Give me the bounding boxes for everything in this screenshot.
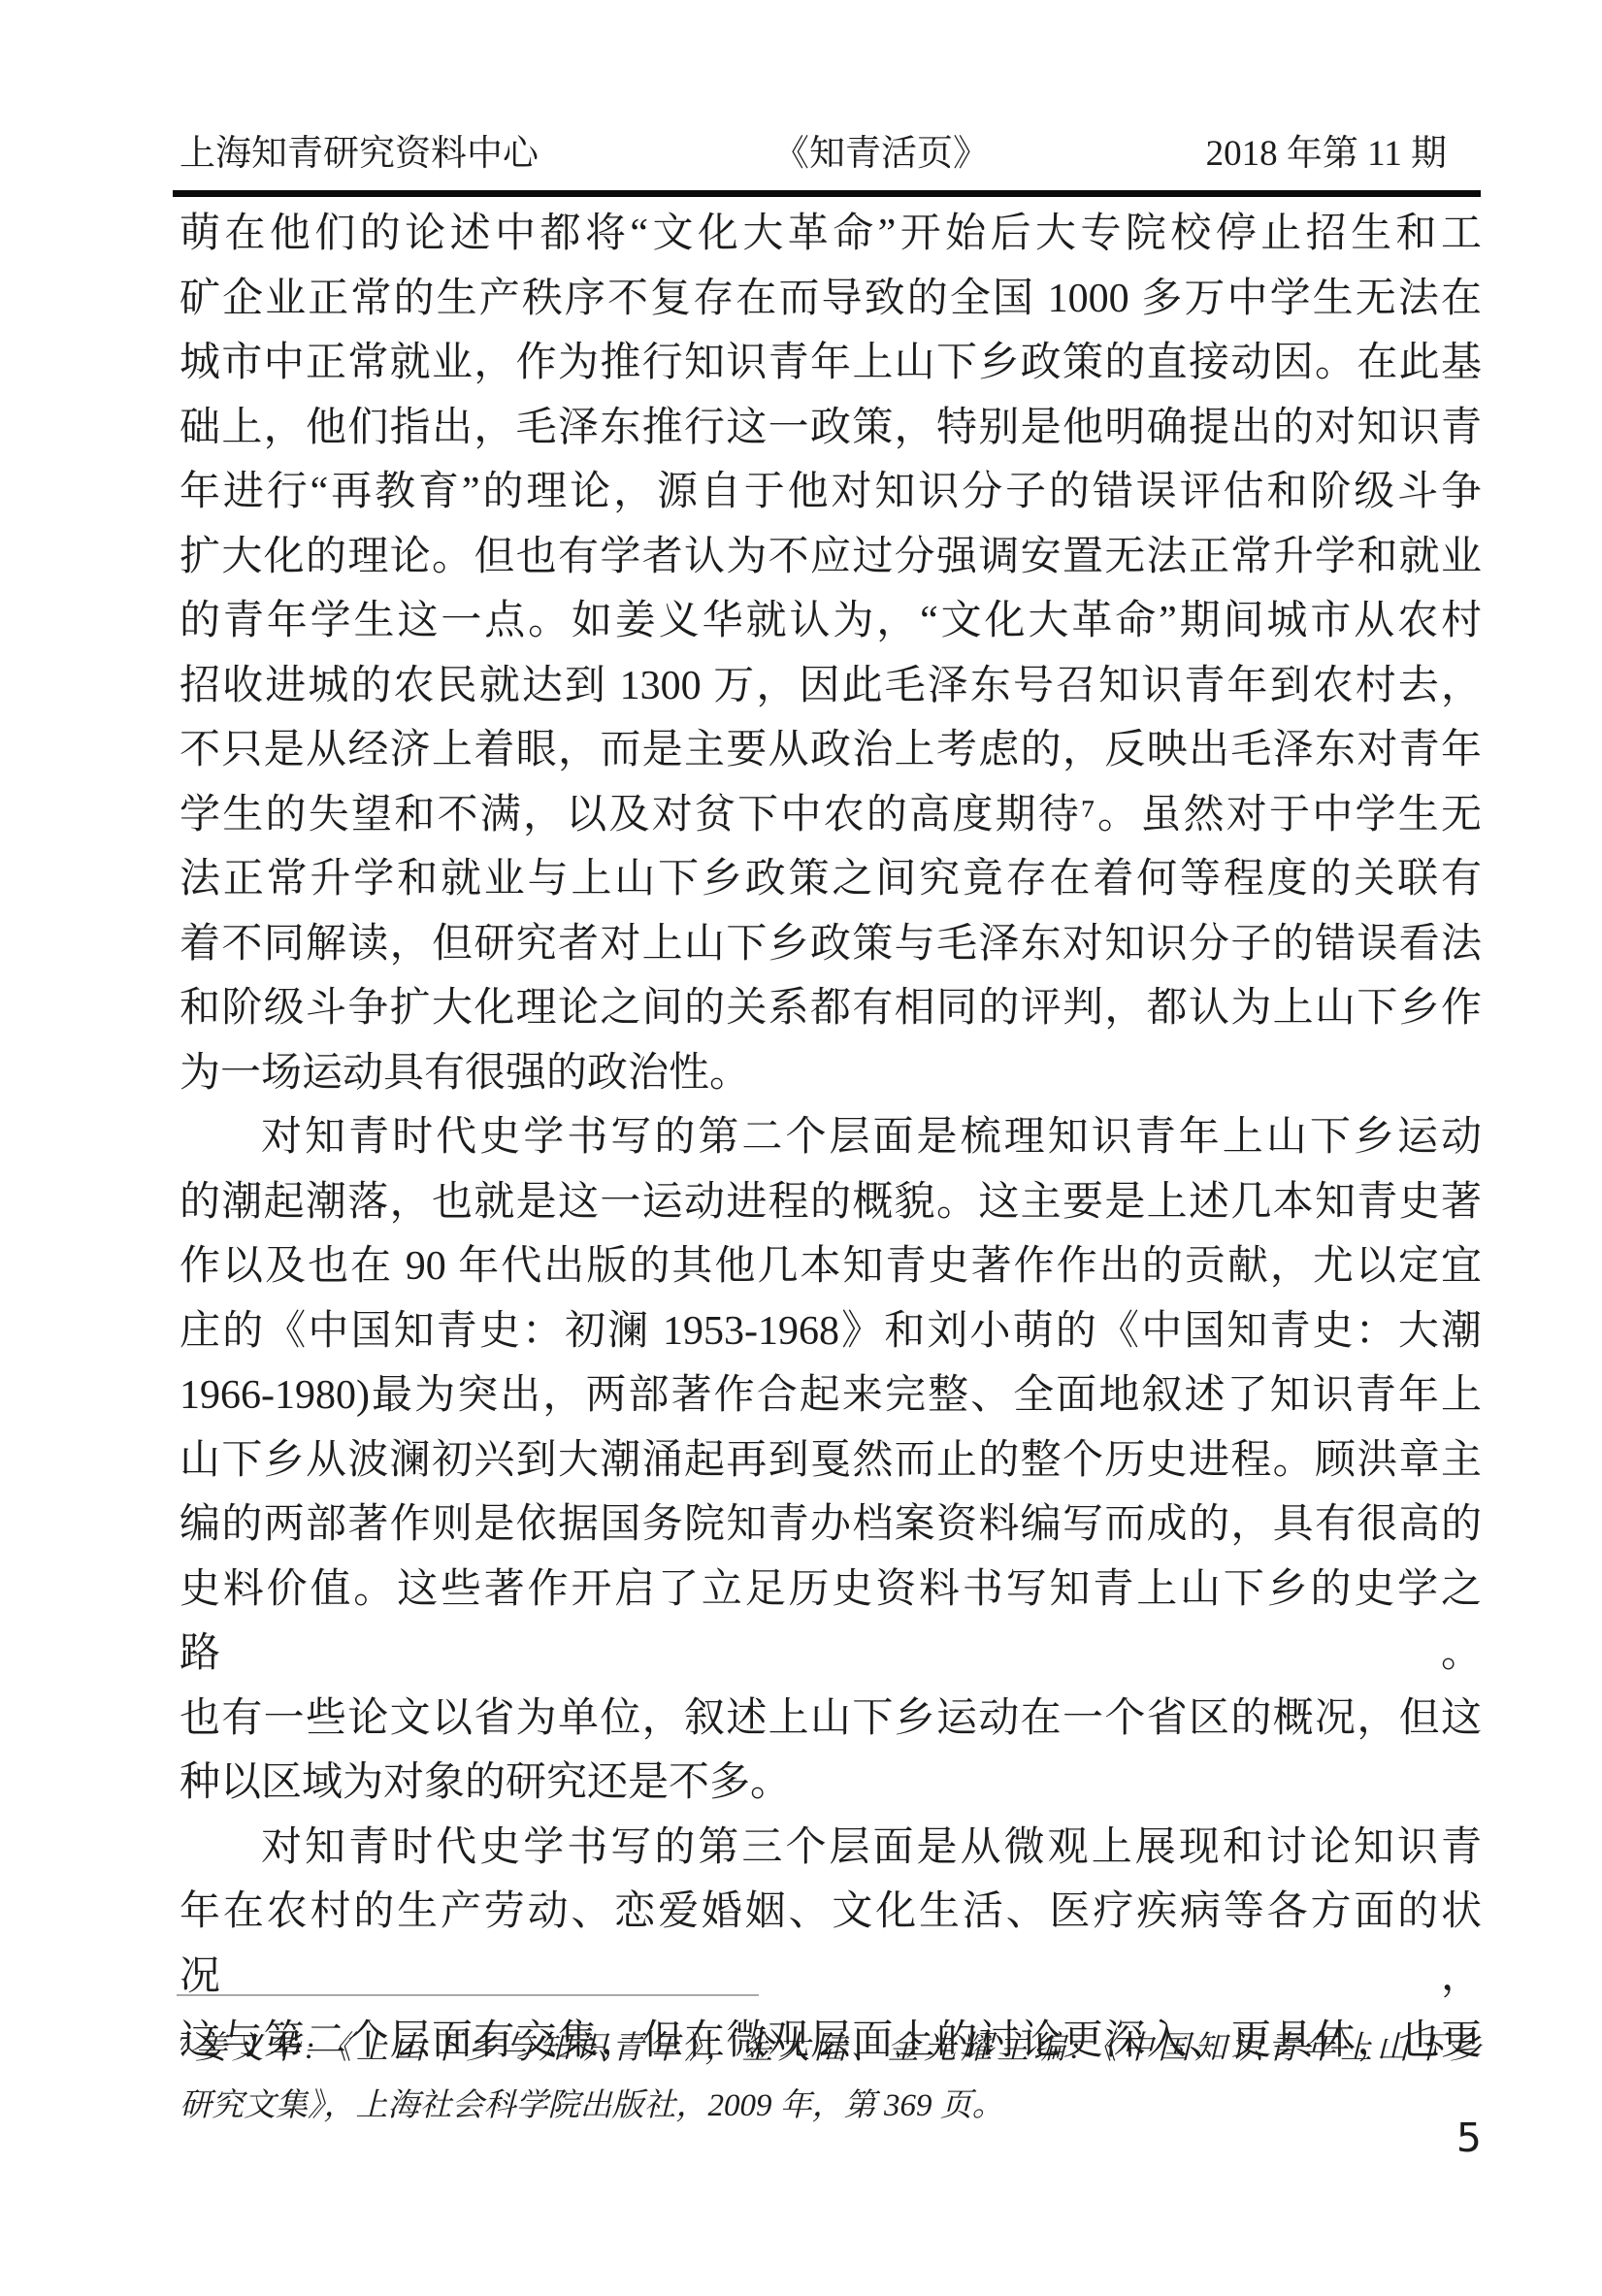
body-line: 为一场运动具有很强的政治性。 [180, 1041, 1482, 1106]
body-line: 作以及也在 90 年代出版的其他几本知青史著作作出的贡献，尤以定宜 [180, 1234, 1482, 1299]
header-journal-title: 《知青活页》 [773, 132, 989, 177]
body-line: 庄的《中国知青史：初澜 1953-1968》和刘小萌的《中国知青史：大潮 [180, 1299, 1482, 1364]
body-line: 着不同解读，但研究者对上山下乡政策与毛泽东对知识分子的错误看法 [180, 912, 1482, 977]
page-number: 5 [1456, 2116, 1482, 2160]
document-page: 上海知青研究资料中心 《知青活页》 2018 年第 11 期 萌在他们的论述中都… [0, 0, 1602, 2296]
body-line: 年在农村的生产劳动、恋爱婚姻、文化生活、医疗疾病等各方面的状况， [180, 1880, 1482, 2009]
body-line: 不只是从经济上着眼，而是主要从政治上考虑的，反映出毛泽东对青年 [180, 718, 1482, 783]
body-line: 种以区域为对象的研究还是不多。 [180, 1751, 1482, 1816]
body-line: 编的两部著作则是依据国务院知青办档案资料编写而成的，具有很高的 [180, 1492, 1482, 1558]
body-line: 矿企业正常的生产秩序不复存在而导致的全国 1000 多万中学生无法在 [180, 267, 1482, 332]
body-line: 和阶级斗争扩大化理论之间的关系都有相同的评判，都认为上山下乡作 [180, 976, 1482, 1041]
footnote-line: 研究文集》，上海社会科学院出版社，2009 年，第 369 页。 [180, 2078, 1482, 2135]
body-line: 山下乡从波澜初兴到大潮涌起再到戛然而止的整个历史进程。顾洪章主 [180, 1428, 1482, 1493]
header-issue-info: 2018 年第 11 期 [1206, 132, 1447, 177]
body-text: 萌在他们的论述中都将“文化大革命”开始后大专院校停止招生和工 矿企业正常的生产秩… [180, 202, 1482, 2074]
footnote: ⁷姜义华:《上山下乡与知识青年》，金大陆、金光耀主编:《中国知识青年上山下乡 研… [180, 2020, 1482, 2135]
body-line: 的潮起潮落，也就是这一运动进程的概貌。这主要是上述几本知青史著 [180, 1170, 1482, 1235]
header-org-name: 上海知青研究资料中心 [180, 132, 539, 177]
page-header: 上海知青研究资料中心 《知青活页》 2018 年第 11 期 [0, 132, 1602, 177]
footnote-separator [177, 1994, 759, 1996]
body-line: 学生的失望和不满，以及对贫下中农的高度期待⁷。虽然对于中学生无 [180, 783, 1482, 848]
body-line: 础上，他们指出，毛泽东推行这一政策，特别是他明确提出的对知识青 [180, 396, 1482, 461]
body-line: 萌在他们的论述中都将“文化大革命”开始后大专院校停止招生和工 [180, 202, 1482, 267]
header-rule [173, 190, 1481, 197]
body-line: 对知青时代史学书写的第三个层面是从微观上展现和讨论知识青 [180, 1816, 1482, 1881]
footnote-line: ⁷姜义华:《上山下乡与知识青年》，金大陆、金光耀主编:《中国知识青年上山下乡 [180, 2020, 1482, 2078]
body-line: 的青年学生这一点。如姜义华就认为，“文化大革命”期间城市从农村 [180, 589, 1482, 654]
body-line: 法正常升学和就业与上山下乡政策之间究竟存在着何等程度的关联有 [180, 847, 1482, 912]
body-line: 招收进城的农民就达到 1300 万，因此毛泽东号召知识青年到农村去， [180, 654, 1482, 719]
body-line: 城市中正常就业，作为推行知识青年上山下乡政策的直接动因。在此基 [180, 331, 1482, 396]
body-line: 1966-1980)最为突出，两部著作合起来完整、全面地叙述了知识青年上 [180, 1363, 1482, 1428]
body-line: 史料价值。这些著作开启了立足历史资料书写知青上山下乡的史学之路。 [180, 1558, 1482, 1687]
body-line: 扩大化的理论。但也有学者认为不应过分强调安置无法正常升学和就业 [180, 525, 1482, 590]
body-line: 也有一些论文以省为单位，叙述上山下乡运动在一个省区的概况，但这 [180, 1687, 1482, 1752]
body-line: 年进行“再教育”的理论，源自于他对知识分子的错误评估和阶级斗争 [180, 460, 1482, 525]
body-line: 对知青时代史学书写的第二个层面是梳理知识青年上山下乡运动 [180, 1105, 1482, 1170]
